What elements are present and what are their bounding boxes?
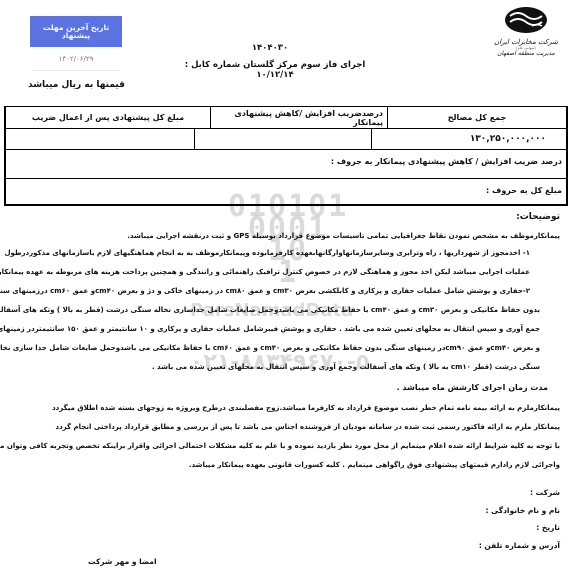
- table-header-row: جمع کل مصالح درصدضریب افزایش /کاهش پیشنه…: [6, 107, 566, 129]
- note-line: ۲-حفاری و پوشش شامل عملیات حفاری و پرکار…: [4, 282, 560, 301]
- total-in-words-label: مبلغ کل به حروف :: [6, 179, 566, 204]
- note-line: پیمانکارموظف به مشخص نمودن نقاط جغرافیای…: [4, 228, 560, 244]
- notes-title: توضیحات:: [4, 212, 560, 222]
- note-line: ۱- اخذمجوز از شهرداریها ، راه وترابری وس…: [4, 244, 560, 263]
- input-total-offer[interactable]: [6, 129, 194, 149]
- divider: [32, 70, 120, 71]
- header-total-materials: جمع کل مصالح: [387, 107, 566, 128]
- condition-line: با توجه به کلیه شرایط ارائه شده اعلام می…: [4, 437, 560, 456]
- company-field[interactable]: شرکت :: [479, 484, 560, 502]
- telecom-logo-icon: [504, 6, 548, 34]
- logo-company-name: شرکت مخابرات ایران: [490, 38, 562, 46]
- condition-line: پیمانکار ملزم به ارائه فاکتور رسمی ثبت ش…: [4, 418, 560, 437]
- note-line: عملیات اجرایی میباشد لیکن اخذ مجوز و هما…: [4, 263, 560, 282]
- tender-number: ۱۴۰۴۰۳۰: [220, 43, 320, 53]
- table-value-row: ۱۳۰,۲۵۰,۰۰۰,۰۰۰: [6, 129, 566, 150]
- header-percent-coefficient: درصدضریب افزایش /کاهش پیشنهادی پیمانکار: [210, 107, 387, 128]
- percent-in-words-row[interactable]: درصد ضریب افزایش / کاهش پیشنهادی پیمانکا…: [6, 150, 566, 179]
- note-line: و بعرض cm۴۰و عمق cm۹۰در زمینهای سنگی بدو…: [4, 339, 560, 358]
- address-phone-field[interactable]: آدرس و شماره تلفن :: [479, 537, 560, 555]
- note-line: سنگی درشت (قطر cm۱۰ به بالا ) وتکه های آ…: [4, 358, 560, 377]
- duration-note: مدت زمان اجرای کارشش ماه میباشد .: [4, 377, 560, 399]
- deadline-box: تاریخ آخرین مهلت پیشنهاد ۱۴۰۲/۰۶/۲۹: [30, 16, 122, 71]
- percent-in-words-label: درصد ضریب افزایش / کاهش پیشنهادی پیمانکا…: [6, 150, 566, 178]
- header-total-offer: مبلغ کل پیشنهادی پس از اعمال ضریب: [6, 107, 210, 128]
- price-table: جمع کل مصالح درصدضریب افزایش /کاهش پیشنه…: [4, 106, 568, 206]
- logo-region: مدیریت منطقه اصفهان: [490, 50, 562, 57]
- note-line: بدون حفاظ مکانیکی و بعرض cm۳۰ و عمق cm۴۰…: [4, 301, 560, 320]
- currency-note: قیمتها به ریال میباشد: [28, 80, 125, 90]
- project-title: اجرای فاز سوم مرکز گلستان شماره کابل : ۱…: [170, 60, 380, 80]
- note-line: جمع آوری و سپس انتقال به محلهای تعیین شد…: [4, 320, 560, 339]
- sign-stamp-label: امضا و مهر شرکت: [88, 557, 157, 566]
- value-total-materials: ۱۳۰,۲۵۰,۰۰۰,۰۰۰: [371, 129, 566, 149]
- signature-block: شرکت : نام و نام خانوادگی : تاریخ : آدرس…: [479, 484, 560, 554]
- name-field[interactable]: نام و نام خانوادگی :: [479, 502, 560, 520]
- deadline-date: ۱۴۰۲/۰۶/۲۹: [30, 55, 122, 63]
- date-field[interactable]: تاریخ :: [479, 519, 560, 537]
- deadline-button[interactable]: تاریخ آخرین مهلت پیشنهاد: [30, 16, 122, 47]
- total-in-words-row[interactable]: مبلغ کل به حروف :: [6, 179, 566, 204]
- condition-line: پیمانکارملزم به ارائه بیمه نامه تمام خطر…: [4, 399, 560, 418]
- input-percent-coefficient[interactable]: [194, 129, 371, 149]
- condition-line: واجرائی لازم رادارم قیمتهای پیشنهادی فوق…: [4, 456, 560, 475]
- notes-section: توضیحات: پیمانکارموظف به مشخص نمودن نقاط…: [4, 212, 560, 475]
- company-logo: شرکت مخابرات ایران (سهامی عام) مدیریت من…: [490, 6, 562, 57]
